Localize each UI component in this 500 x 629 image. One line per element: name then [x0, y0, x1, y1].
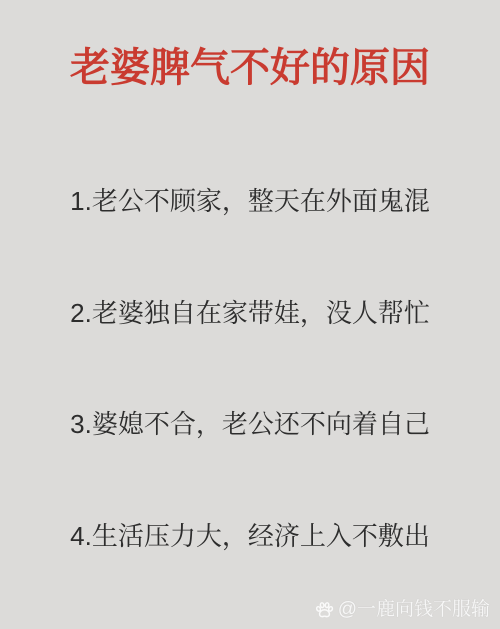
paw-icon — [314, 600, 335, 621]
reason-item-1: 1.老公不顾家，整天在外面鬼混 — [0, 186, 500, 216]
watermark-text: @一鹿向钱不服输 — [338, 599, 490, 621]
watermark: @一鹿向钱不服输 — [314, 599, 490, 621]
reason-item-4: 4.生活压力大，经济上入不敷出 — [0, 521, 500, 551]
poster: 老婆脾气不好的原因 1.老公不顾家，整天在外面鬼混 2.老婆独自在家带娃，没人帮… — [0, 0, 500, 629]
page-title: 老婆脾气不好的原因 — [0, 44, 500, 92]
reason-item-2: 2.老婆独自在家带娃，没人帮忙 — [0, 298, 500, 328]
reason-item-3: 3.婆媳不合，老公还不向着自己 — [0, 409, 500, 439]
